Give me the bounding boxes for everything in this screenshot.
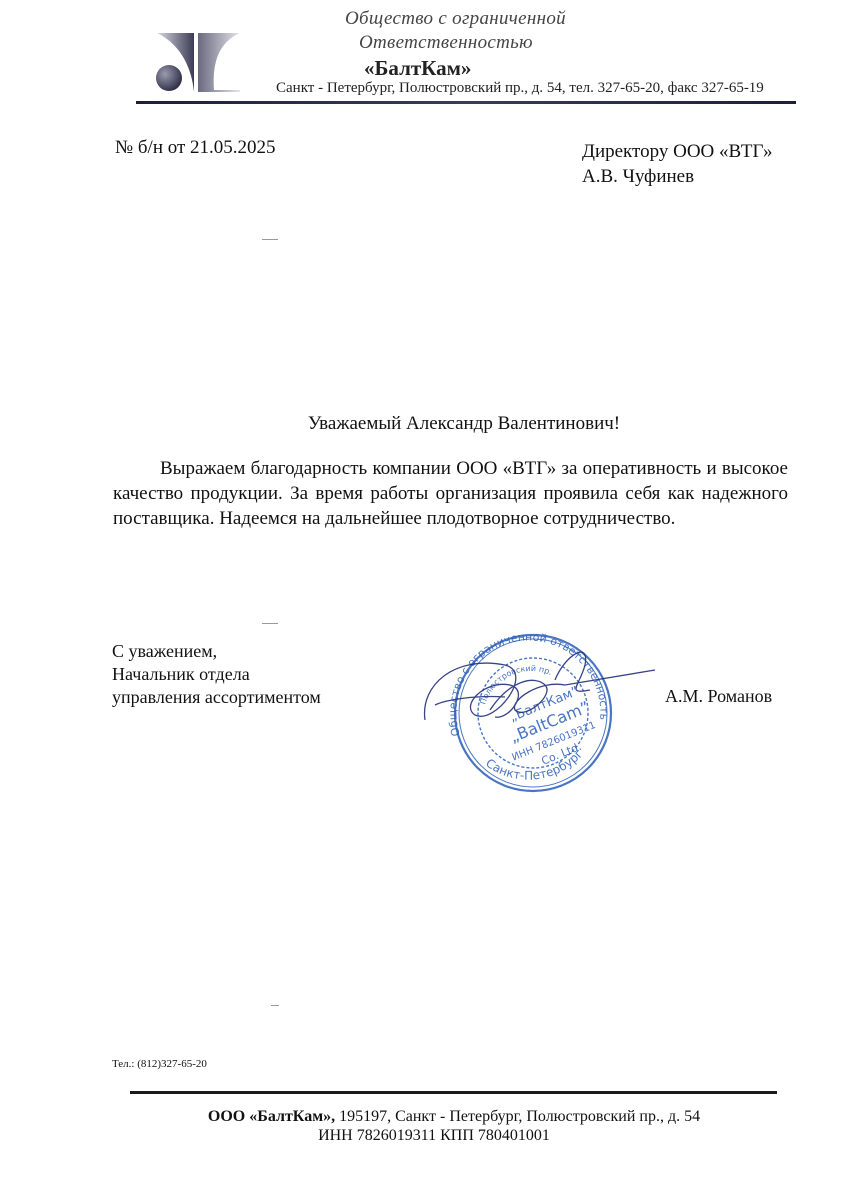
closing-block: С уважением, Начальник отдела управления…: [112, 640, 321, 709]
signer-name: А.М. Романов: [665, 686, 772, 707]
footer-company-name: ООО «БалтКам»,: [208, 1108, 335, 1125]
scan-artifact: [262, 239, 278, 240]
footer-requisites: ИНН 7826019311 КПП 780401001: [0, 1127, 848, 1145]
reference-number: № б/н от 21.05.2025: [115, 137, 276, 159]
addressee-block: Директору ООО «ВТГ» А.В. Чуфинев: [582, 139, 773, 189]
footer-address-line: ООО «БалтКам», 195197, Санкт - Петербург…: [0, 1108, 848, 1126]
addressee-name: А.В. Чуфинев: [582, 164, 773, 189]
addressee-position: Директору ООО «ВТГ»: [582, 139, 773, 164]
salutation: Уважаемый Александр Валентинович!: [0, 413, 848, 435]
scan-artifact: [262, 623, 278, 624]
org-name: «БалтКам»: [364, 56, 471, 81]
footer-divider: [130, 1091, 777, 1094]
baltkam-logo-icon: [152, 30, 242, 94]
org-type-line1: Общество с ограниченной: [345, 8, 566, 30]
company-logo: [152, 30, 242, 94]
footer-phone: Тел.: (812)327-65-20: [112, 1058, 207, 1070]
signer-position-line1: Начальник отдела: [112, 663, 321, 686]
header-divider: [136, 101, 796, 104]
company-stamp: Общество с ограниченной ответственностью…: [415, 625, 660, 795]
signer-position-line2: управления ассортиментом: [112, 686, 321, 709]
closing-phrase: С уважением,: [112, 640, 321, 663]
body-paragraph: Выражаем благодарность компании ООО «ВТГ…: [113, 456, 788, 531]
round-seal-icon: Общество с ограниченной ответственностью…: [415, 625, 660, 795]
org-type-line2: Ответственностью: [359, 32, 533, 54]
footer-address: 195197, Санкт - Петербург, Полюстровский…: [335, 1108, 700, 1125]
scan-artifact: [271, 1005, 279, 1006]
org-address: Санкт - Петербург, Полюстровский пр., д.…: [276, 80, 764, 97]
